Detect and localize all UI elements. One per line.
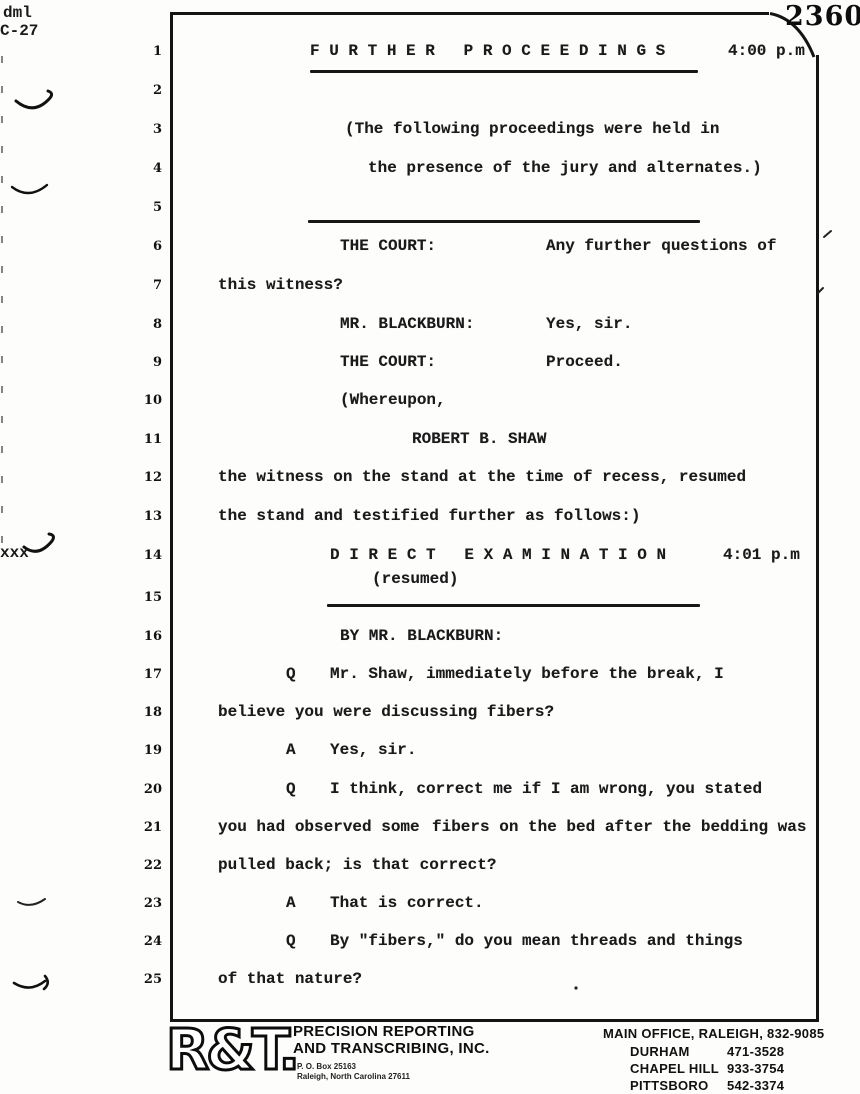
line-number: 4 xyxy=(118,161,162,176)
main-office-line: MAIN OFFICE, RALEIGH, 832-9085 xyxy=(603,1026,853,1041)
line-number: 18 xyxy=(118,705,162,720)
xxx-mark: xxx xyxy=(0,544,29,562)
transcript-text: (Whereupon, xyxy=(340,391,446,409)
transcript-text: THE COURT: xyxy=(340,237,436,255)
transcript-text: this witness? xyxy=(218,276,343,294)
page-code: C-27 xyxy=(0,22,38,40)
branch-office-row: PITTSBORO542-3374 xyxy=(630,1078,853,1093)
transcript-text: you had observed some xyxy=(218,818,420,836)
line-number: 10 xyxy=(118,393,162,408)
line-number: 20 xyxy=(118,782,162,797)
line-number: 13 xyxy=(118,509,162,524)
line-number: 16 xyxy=(118,629,162,644)
transcript-text: MR. BLACKBURN: xyxy=(340,315,474,333)
transcript-text: Q xyxy=(286,932,296,950)
separator-rule xyxy=(327,604,700,607)
branch-office-phone: 542-3374 xyxy=(727,1078,784,1093)
line-number: 9 xyxy=(118,355,162,370)
line-number: 12 xyxy=(118,470,162,485)
line-number: 1 xyxy=(118,44,162,59)
transcript-text: Mr. Shaw, immediately before the break, … xyxy=(330,665,724,683)
transcript-text: the witness on the stand at the time of … xyxy=(218,468,746,486)
pen-curl-1 xyxy=(16,91,52,108)
branch-office-name: DURHAM xyxy=(630,1044,727,1059)
transcript-text: pulled back; is that correct? xyxy=(218,856,496,874)
branch-office-phone: 933-3754 xyxy=(727,1061,784,1076)
transcript-text: fibers on the bed after the bedding was xyxy=(432,818,806,836)
transcript-text: Q xyxy=(286,665,296,683)
line-number: 21 xyxy=(118,820,162,835)
company-name: PRECISION REPORTING AND TRANSCRIBING, IN… xyxy=(293,1023,490,1057)
pen-curl-2 xyxy=(12,185,47,193)
company-address: P. O. Box 25163 Raleigh, North Carolina … xyxy=(297,1062,410,1082)
branch-office-row: DURHAM471-3528 xyxy=(630,1044,853,1059)
transcript-text: Any further questions of xyxy=(546,237,776,255)
branch-office-name: PITTSBORO xyxy=(630,1078,727,1093)
line-number: 15 xyxy=(118,590,162,605)
transcript-text: F U R T H E R P R O C E E D I N G S xyxy=(310,42,665,60)
transcript-text: the stand and testified further as follo… xyxy=(218,507,640,525)
transcript-text: Proceed. xyxy=(546,353,623,371)
line-number: 2 xyxy=(118,83,162,98)
address-line2: Raleigh, North Carolina 27611 xyxy=(297,1072,410,1082)
transcript-text: (The following proceedings were held in xyxy=(345,120,719,138)
pen-curl-3 xyxy=(18,899,45,905)
transcript-text: the presence of the jury and alternates.… xyxy=(368,159,762,177)
line-number: 23 xyxy=(118,896,162,911)
transcript-text: BY MR. BLACKBURN: xyxy=(340,627,503,645)
stray-mark-1 xyxy=(824,231,831,237)
transcript-text: By "fibers," do you mean threads and thi… xyxy=(330,932,743,950)
line-number: 11 xyxy=(118,432,162,447)
transcript-text: ROBERT B. SHAW xyxy=(412,430,546,448)
branch-office-phone: 471-3528 xyxy=(727,1044,784,1059)
reporter-initials: dml xyxy=(3,4,32,22)
line-number: 24 xyxy=(118,934,162,949)
transcript-text: of that nature? xyxy=(218,970,362,988)
transcript-text: THE COURT: xyxy=(340,353,436,371)
transcript-text: D I R E C T E X A M I N A T I O N xyxy=(330,546,666,564)
transcript-text: believe you were discussing fibers? xyxy=(218,703,554,721)
transcript-text: (resumed) xyxy=(372,570,458,588)
separator-rule xyxy=(310,70,698,73)
transcript-text: I think, correct me if I am wrong, you s… xyxy=(330,780,762,798)
branch-office-row: CHAPEL HILL933-3754 xyxy=(630,1061,853,1076)
address-line1: P. O. Box 25163 xyxy=(297,1062,410,1072)
reporter-logo: R&T. xyxy=(166,1018,296,1083)
line-number: 14 xyxy=(118,548,162,563)
branch-office-name: CHAPEL HILL xyxy=(630,1061,727,1076)
transcript-page: dml C-27 xxx 2360 1F U R T H E R P R O C… xyxy=(0,0,860,1094)
transcript-text: Yes, sir. xyxy=(330,741,416,759)
line-number: 3 xyxy=(118,122,162,137)
separator-rule xyxy=(308,220,700,223)
line-number: 5 xyxy=(118,200,162,215)
company-name-line1: PRECISION REPORTING xyxy=(293,1023,490,1040)
scan-artifact-dashes xyxy=(1,56,3,561)
transcript-text: A xyxy=(286,894,296,912)
line-number: 6 xyxy=(118,239,162,254)
line-number: 25 xyxy=(118,972,162,987)
page-number: 2360 xyxy=(785,1,860,32)
office-phone-list: MAIN OFFICE, RALEIGH, 832-9085 DURHAM471… xyxy=(603,1026,853,1093)
transcript-text: Yes, sir. xyxy=(546,315,632,333)
transcript-text: Q xyxy=(286,780,296,798)
line-number: 8 xyxy=(118,317,162,332)
transcript-text: That is correct. xyxy=(330,894,484,912)
line-number: 17 xyxy=(118,667,162,682)
line-number: 22 xyxy=(118,858,162,873)
company-name-line2: AND TRANSCRIBING, INC. xyxy=(293,1040,490,1057)
pen-curl-4 xyxy=(14,976,48,989)
transcript-text: A xyxy=(286,741,296,759)
line-number: 19 xyxy=(118,743,162,758)
transcript-text: 4:01 p.m xyxy=(723,546,800,564)
transcript-text: 4:00 p.m xyxy=(728,42,805,60)
line-number: 7 xyxy=(118,278,162,293)
